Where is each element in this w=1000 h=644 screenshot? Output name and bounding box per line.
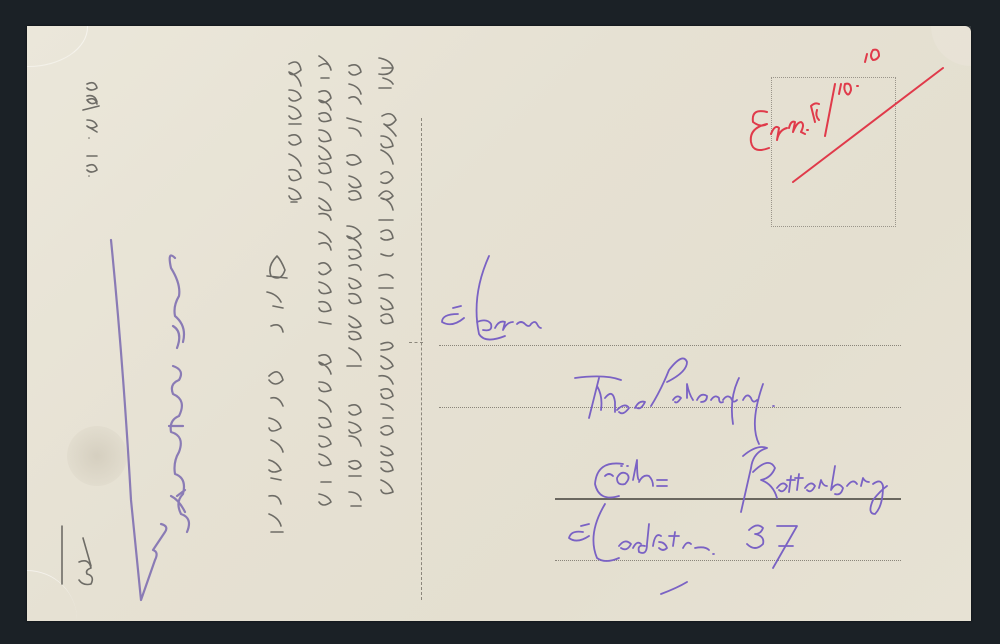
message-line-1: Die Leute vom Folgarie	[372, 56, 397, 317]
signature: Otto Schmidt(?)	[159, 256, 187, 449]
address-salutation: Herrn	[442, 304, 528, 337]
address-city: Cöln = Kettenberg	[572, 456, 857, 491]
message-date: 28/9. 15.	[54, 86, 73, 158]
address-name: Theo Schaufuss.	[572, 372, 805, 405]
number-mark: 13	[74, 536, 93, 556]
address-street: Hardtstr. 37	[567, 522, 752, 557]
message-line-2: auf dem Kasernenhof der k.k.	[342, 56, 367, 387]
message-line-4: Trient(?) ...	[282, 56, 307, 181]
message-line-3: K. Landesschützen Kaserne in	[312, 56, 337, 393]
postcard: 28/9. 15. Die Leute vom Folgarie auf dem…	[27, 26, 971, 621]
